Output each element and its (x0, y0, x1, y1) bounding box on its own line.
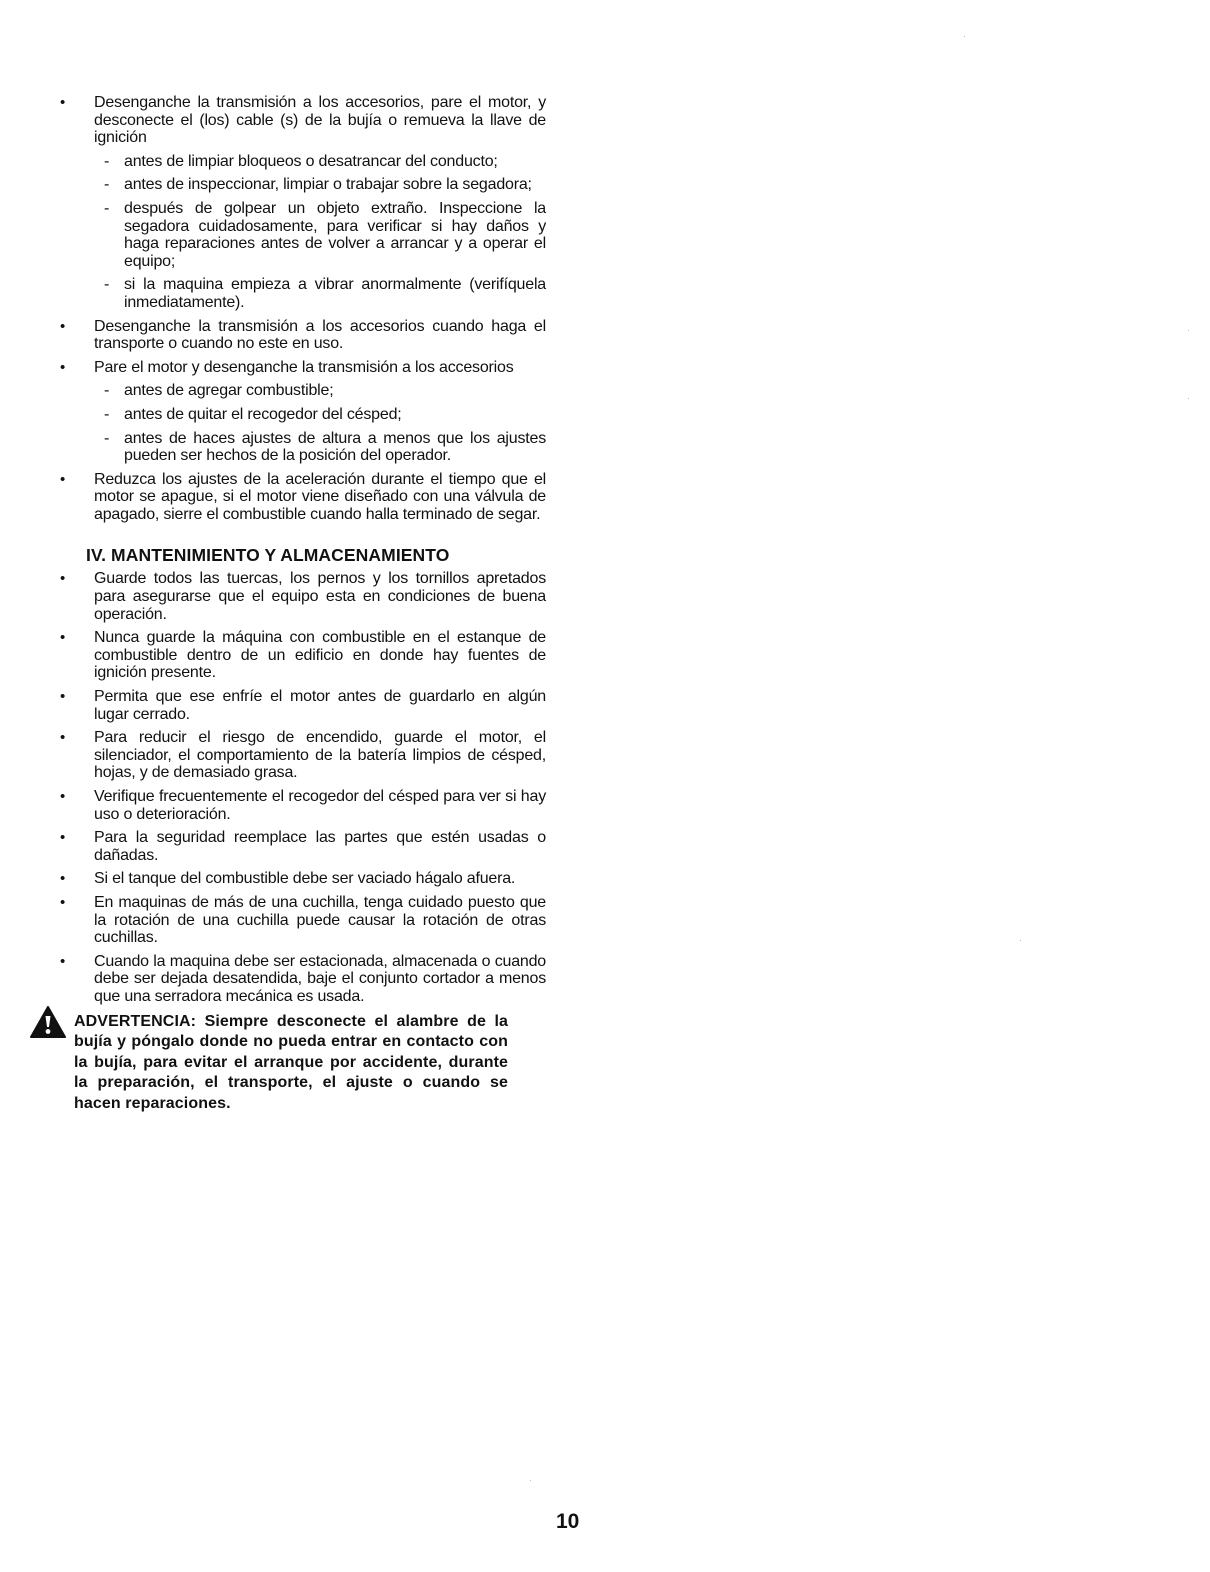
sub-item-text: antes de quitar el recogedor del césped; (124, 406, 402, 423)
bullet-icon: • (60, 829, 65, 847)
item-text: Permita que ese enfríe el motor antes de… (94, 688, 546, 723)
list-item: • Permita que ese enfríe el motor antes … (58, 688, 546, 723)
bullet-icon: • (60, 570, 65, 588)
sub-list-item: - antes de agregar combustible; (94, 382, 546, 400)
item-text: Guarde todos las tuercas, los pernos y l… (94, 570, 546, 622)
dash-icon: - (104, 382, 109, 400)
sub-item-text: antes de agregar combustible; (124, 382, 333, 399)
bullet-icon: • (60, 318, 65, 336)
list-item: • Guarde todos las tuercas, los pernos y… (58, 570, 546, 623)
item-text: Para la seguridad reemplace las partes q… (94, 829, 546, 864)
list-item: • Desenganche la transmisión a los acces… (58, 318, 546, 353)
list-item: • Verifique frecuentemente el recogedor … (58, 788, 546, 823)
sub-list-item: - antes de haces ajustes de altura a men… (94, 430, 546, 465)
bullet-icon: • (60, 359, 65, 377)
bullet-icon: • (60, 870, 65, 888)
warning-triangle-icon (30, 1006, 66, 1038)
text-column: • Desenganche la transmisión a los acces… (58, 94, 546, 1114)
list-item: • Nunca guarde la máquina con combustibl… (58, 629, 546, 682)
bullet-icon: • (60, 629, 65, 647)
item-text: Para reducir el riesgo de encendido, gua… (94, 729, 546, 781)
list-item: • Cuando la maquina debe ser estacionada… (58, 953, 546, 1006)
item-text: Pare el motor y desenganche la transmisi… (94, 359, 514, 376)
warning-text: ADVERTENCIA: Siempre desconecte el alamb… (74, 1013, 508, 1112)
item-text: Nunca guarde la máquina con combustible … (94, 629, 546, 681)
dash-icon: - (104, 430, 109, 448)
bullet-icon: • (60, 788, 65, 806)
warning-notice: ADVERTENCIA: Siempre desconecte el alamb… (74, 1012, 508, 1115)
scan-speck (438, 636, 439, 637)
dash-icon: - (104, 176, 109, 194)
list-item: • Reduzca los ajustes de la aceleración … (58, 471, 546, 524)
list-item: • En maquinas de más de una cuchilla, te… (58, 894, 546, 947)
item-text: Cuando la maquina debe ser estacionada, … (94, 953, 546, 1005)
sub-item-text: después de golpear un objeto extraño. In… (124, 200, 546, 270)
scan-speck (1188, 398, 1189, 399)
list-item: • Pare el motor y desenganche la transmi… (58, 359, 546, 377)
sub-item-text: antes de inspeccionar, limpiar o trabaja… (124, 176, 532, 193)
list-item: • Para la seguridad reemplace las partes… (58, 829, 546, 864)
item-text: En maquinas de más de una cuchilla, teng… (94, 894, 546, 946)
sub-list-item: - antes de inspeccionar, limpiar o traba… (94, 176, 546, 194)
item-text: Reduzca los ajustes de la aceleración du… (94, 471, 546, 523)
item-text: Desenganche la transmisión a los accesor… (94, 318, 546, 353)
sub-item-text: antes de limpiar bloqueos o desatrancar … (124, 153, 498, 170)
bullet-icon: • (60, 471, 65, 489)
scan-speck (1020, 940, 1021, 941)
bullet-icon: • (60, 729, 65, 747)
scan-speck (964, 36, 965, 37)
scan-speck (1188, 330, 1189, 331)
sub-list-item: - antes de limpiar bloqueos o desatranca… (94, 153, 546, 171)
bullet-icon: • (60, 953, 65, 971)
sub-list-item: - si la maquina empieza a vibrar anormal… (94, 276, 546, 311)
sub-list-item: - después de golpear un objeto extraño. … (94, 200, 546, 270)
page-number: 10 (556, 1510, 579, 1534)
bullet-icon: • (60, 688, 65, 706)
dash-icon: - (104, 153, 109, 171)
list-item: • Para reducir el riesgo de encendido, g… (58, 729, 546, 782)
sub-item-text: antes de haces ajustes de altura a menos… (124, 430, 546, 465)
list-item: • Desenganche la transmisión a los acces… (58, 94, 546, 147)
sub-list-item: - antes de quitar el recogedor del céspe… (94, 406, 546, 424)
item-text: Si el tanque del combustible debe ser va… (94, 870, 515, 887)
section-heading: IV. MANTENIMIENTO Y ALMACENAMIENTO (86, 545, 546, 566)
bullet-icon: • (60, 94, 65, 112)
item-text: Verifique frecuentemente el recogedor de… (94, 788, 546, 823)
sub-item-text: si la maquina empieza a vibrar anormalme… (124, 276, 546, 311)
dash-icon: - (104, 406, 109, 424)
bullet-icon: • (60, 894, 65, 912)
document-page: • Desenganche la transmisión a los acces… (0, 0, 1210, 1572)
list-item: • Si el tanque del combustible debe ser … (58, 870, 546, 888)
dash-icon: - (104, 276, 109, 294)
item-text: Desenganche la transmisión a los accesor… (94, 94, 546, 146)
dash-icon: - (104, 200, 109, 218)
scan-speck (530, 1480, 531, 1481)
